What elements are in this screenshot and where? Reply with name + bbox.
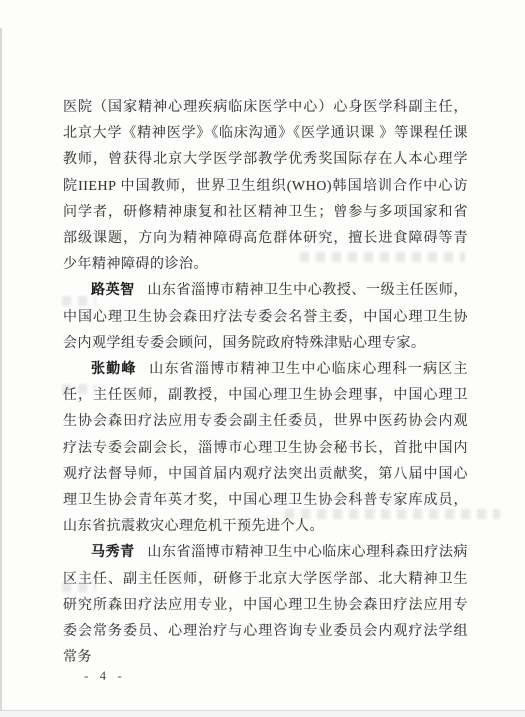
- continuation-paragraph: 医院（国家精神心理疾病临床医学中心）心身医学科副主任，北京大学《精神医学》《临床…: [63, 95, 468, 278]
- scanned-document-page: 医院（国家精神心理疾病临床医学中心）心身医学科副主任，北京大学《精神医学》《临床…: [0, 0, 525, 717]
- bio-entry-paragraph: 张勤峰山东省淄博市精神卫生中心临床心理科一病区主任，主任医师，副教授，中国心理卫…: [63, 357, 468, 540]
- bio-entry-paragraph: 路英智山东省淄博市精神卫生中心教授、一级主任医师，中国心理卫生协会森田疗法专委会…: [63, 278, 468, 357]
- scan-edge-bottom-strip: [0, 711, 525, 717]
- page-number: - 4 -: [84, 668, 126, 684]
- scan-edge-left: [0, 28, 2, 717]
- bio-entry-paragraph: 马秀青山东省淄博市精神卫生中心临床心理科森田疗法病区主任、副主任医师，研修于北京…: [63, 540, 468, 671]
- person-name: 路英智: [91, 283, 135, 298]
- person-name: 张勤峰: [91, 362, 137, 377]
- body-text: 医院（国家精神心理疾病临床医学中心）心身医学科副主任，北京大学《精神医学》《临床…: [63, 95, 468, 671]
- person-name: 马秀青: [91, 545, 135, 560]
